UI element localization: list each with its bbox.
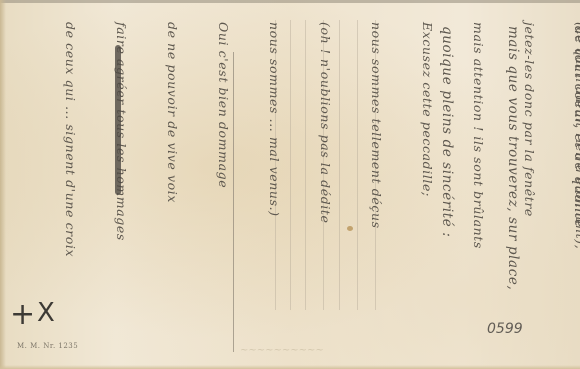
printed-reference: M. M. Nr. 1235	[17, 342, 78, 350]
message-left-column: Ces voeux vous déplairont peut-être (ce …	[28, 22, 580, 332]
message-line: (ce qui n'aurait rien d'étonnant),	[572, 22, 580, 332]
cross-mark: X	[37, 298, 55, 328]
message-line: Excusez cette peccadille;	[419, 22, 436, 332]
plus-mark: +	[10, 300, 35, 330]
message-line: mais attention ! ils sont brûlants	[470, 22, 487, 332]
message-line: nous sommes tellement déçus	[368, 22, 385, 332]
left-edge	[0, 0, 6, 369]
archive-number: 0599	[487, 321, 523, 337]
message-line: jetez-les donc par la fenêtre	[521, 22, 538, 332]
postcard-back: Madame, Délaissant les vieilles formules…	[0, 0, 580, 369]
message-line: Oui c'est bien dommage	[215, 22, 232, 332]
message-line: de ne pouvoir de vive voix	[164, 22, 181, 332]
faint-printed-text: ~~~~~~~~~~	[240, 345, 324, 356]
bottom-edge	[0, 365, 580, 369]
message-line: (oh ! n'oublions pas la dédite	[317, 22, 334, 332]
message-line: de ceux qui ... signent d'une croix	[62, 22, 79, 332]
top-edge	[0, 0, 580, 3]
strikethrough-mark	[115, 45, 121, 195]
message-line: nous sommes ... mal venus.)	[266, 22, 283, 332]
